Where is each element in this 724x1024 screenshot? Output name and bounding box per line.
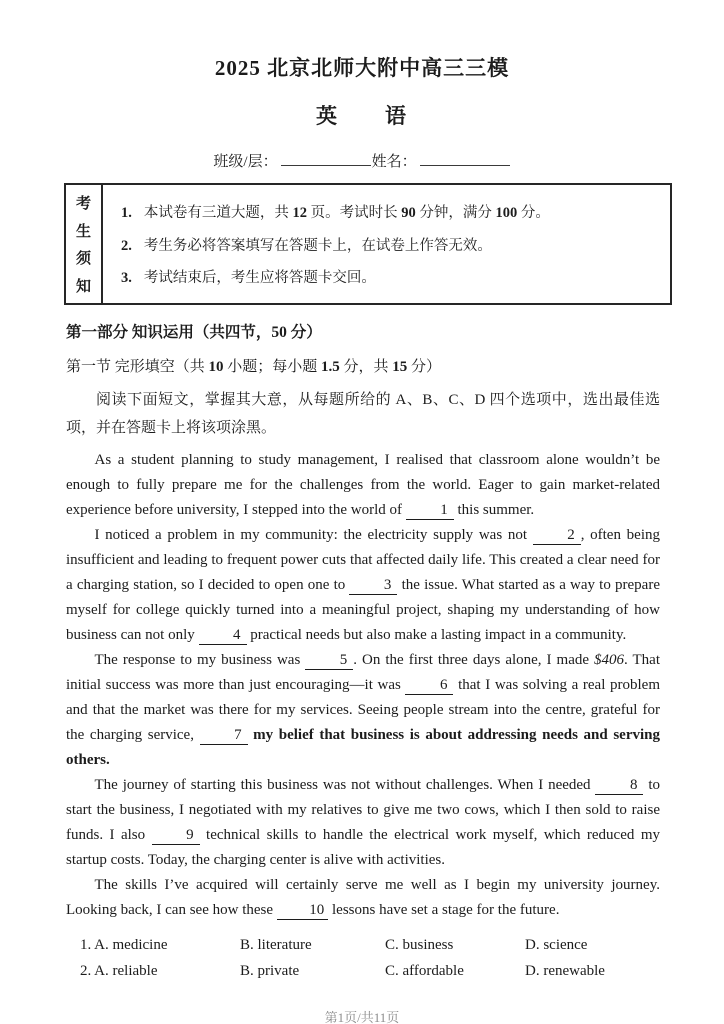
text-segment: As a student planning to study managemen… — [66, 452, 660, 518]
cloze-options: 1. A. medicineB. literatureC. businessD.… — [80, 932, 724, 984]
notice-item-number: 3. — [121, 270, 132, 286]
notice-item-text: 考生务必将答案填写在答题卡上，在试卷上作答无效。 — [144, 238, 492, 254]
text-segment: lessons have set a stage for the future. — [328, 902, 559, 918]
text-segment: The response to my business was — [95, 652, 306, 668]
notice-item: 1.本试卷有三道大题，共 12 页。考试时长 90 分钟，满分 100 分。 — [121, 201, 660, 222]
option-choice: C. business — [385, 932, 525, 958]
text-segment: practical needs but also make a lasting … — [247, 627, 627, 643]
option-choice: B. private — [240, 958, 385, 984]
name-label: 姓名： — [372, 154, 417, 170]
option-row: 1. A. medicineB. literatureC. businessD.… — [80, 932, 724, 958]
text-segment: 分） — [407, 359, 441, 375]
class-label: 班级/层： — [213, 154, 277, 170]
notice-side-char: 考 — [76, 192, 91, 213]
cloze-blank-7: 7 — [200, 727, 248, 745]
text-segment: 1.5 — [321, 359, 340, 375]
option-choice: 2. A. reliable — [80, 958, 240, 984]
cloze-blank-2: 2 — [533, 527, 581, 545]
option-choice: 1. A. medicine — [80, 932, 240, 958]
cloze-blank-4: 4 — [199, 627, 247, 645]
page-title: 2025 北京北师大附中高三三模 — [0, 0, 724, 82]
text-segment: 12 — [293, 205, 308, 221]
text-segment: this summer. — [454, 502, 534, 518]
notice-item: 3.考试结束后，考生应将答题卡交回。 — [121, 266, 660, 287]
option-choice: D. renewable — [525, 958, 724, 984]
text-segment: 小题；每小题 — [224, 359, 322, 375]
option-choice: B. literature — [240, 932, 385, 958]
notice-side-char: 知 — [76, 275, 91, 296]
cloze-blank-8: 8 — [595, 777, 643, 795]
notice-item-number: 1. — [121, 205, 132, 221]
text-segment: 10 — [209, 359, 224, 375]
notice-side-label: 考生须知 — [66, 185, 103, 303]
notice-item-text: 本试卷有三道大题，共 12 页。考试时长 90 分钟，满分 100 分。 — [144, 205, 550, 221]
text-segment: 100 — [496, 205, 518, 221]
passage-paragraph: The skills I’ve acquired will certainly … — [66, 873, 660, 923]
cloze-blank-1: 1 — [406, 502, 454, 520]
page-footer: 第1页/共11页 — [0, 1007, 724, 1024]
text-segment: 90 — [401, 205, 416, 221]
subject-title: 英 语 — [0, 100, 724, 130]
text-segment: I noticed a problem in my community: the… — [95, 527, 533, 543]
text-segment: 分钟，满分 — [416, 205, 496, 221]
text-segment: The journey of starting this business wa… — [95, 777, 596, 793]
passage-paragraph: I noticed a problem in my community: the… — [66, 523, 660, 648]
notice-item-text: 考试结束后，考生应将答题卡交回。 — [144, 270, 376, 286]
student-info-line: 班级/层：姓名： — [0, 150, 724, 171]
exam-page: 2025 北京北师大附中高三三模 英 语 班级/层：姓名： 考生须知 1.本试卷… — [0, 0, 724, 1024]
option-choice: C. affordable — [385, 958, 525, 984]
text-segment: 考试结束后，考生应将答题卡交回。 — [144, 270, 376, 286]
notice-box: 考生须知 1.本试卷有三道大题，共 12 页。考试时长 90 分钟，满分 100… — [64, 183, 672, 305]
text-segment: 考生务必将答案填写在答题卡上，在试卷上作答无效。 — [144, 238, 492, 254]
cloze-blank-3: 3 — [349, 577, 397, 595]
cloze-blank-6: 6 — [405, 677, 453, 695]
subsection-header: 第一节 完形填空（共 10 小题；每小题 1.5 分，共 15 分） — [66, 355, 724, 376]
cloze-blank-10: 10 — [277, 902, 329, 920]
instructions-text: 阅读下面短文，掌握其大意，从每题所给的 A、B、C、D 四个选项中，选出最佳选项… — [66, 386, 660, 442]
text-segment: $406 — [594, 652, 624, 668]
cloze-blank-9: 9 — [152, 827, 200, 845]
cloze-passage: As a student planning to study managemen… — [66, 448, 660, 923]
passage-paragraph: The response to my business was 5. On th… — [66, 648, 660, 773]
class-fill-line — [281, 150, 371, 166]
option-choice: D. science — [525, 932, 724, 958]
name-fill-line — [420, 150, 510, 166]
text-segment: . On the first three days alone, I made — [353, 652, 594, 668]
part-header: 第一部分 知识运用（共四节，50 分） — [66, 320, 724, 342]
passage-paragraph: The journey of starting this business wa… — [66, 773, 660, 873]
text-segment: 分。 — [517, 205, 550, 221]
notice-items: 1.本试卷有三道大题，共 12 页。考试时长 90 分钟，满分 100 分。2.… — [103, 185, 670, 303]
notice-item-number: 2. — [121, 238, 132, 254]
notice-side-char: 生 — [76, 220, 91, 241]
option-row: 2. A. reliableB. privateC. affordableD. … — [80, 958, 724, 984]
text-segment: 本试卷有三道大题，共 — [144, 205, 293, 221]
text-segment: 分，共 — [340, 359, 393, 375]
text-segment: 页。考试时长 — [307, 205, 401, 221]
notice-side-char: 须 — [76, 247, 91, 268]
passage-paragraph: As a student planning to study managemen… — [66, 448, 660, 523]
text-segment: 15 — [392, 359, 407, 375]
cloze-blank-5: 5 — [305, 652, 353, 670]
text-segment: 第一节 完形填空（共 — [66, 359, 209, 375]
notice-item: 2.考生务必将答案填写在答题卡上，在试卷上作答无效。 — [121, 234, 660, 255]
